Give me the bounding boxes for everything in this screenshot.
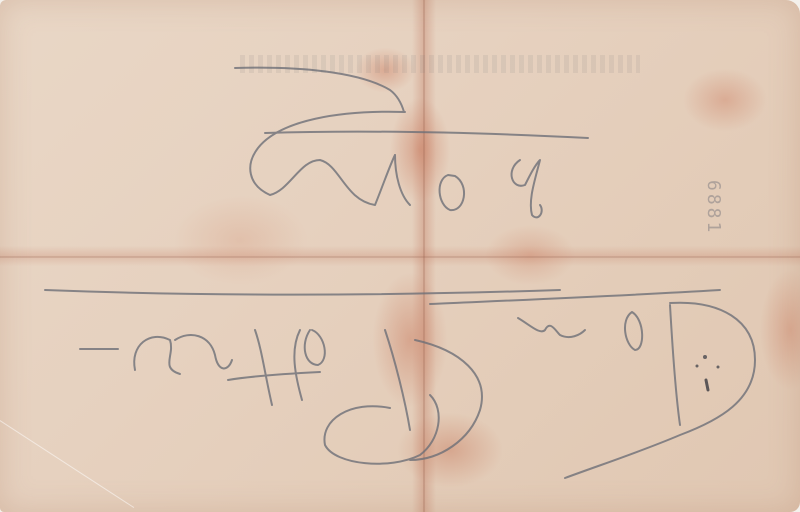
aged-paper-note: 6881 xyxy=(0,0,800,512)
pencil-handwriting xyxy=(0,0,800,512)
lower-left-inscription xyxy=(80,330,482,464)
pencil-line xyxy=(45,290,560,295)
lower-right-inscription xyxy=(518,303,755,478)
upper-inscription xyxy=(235,68,588,218)
